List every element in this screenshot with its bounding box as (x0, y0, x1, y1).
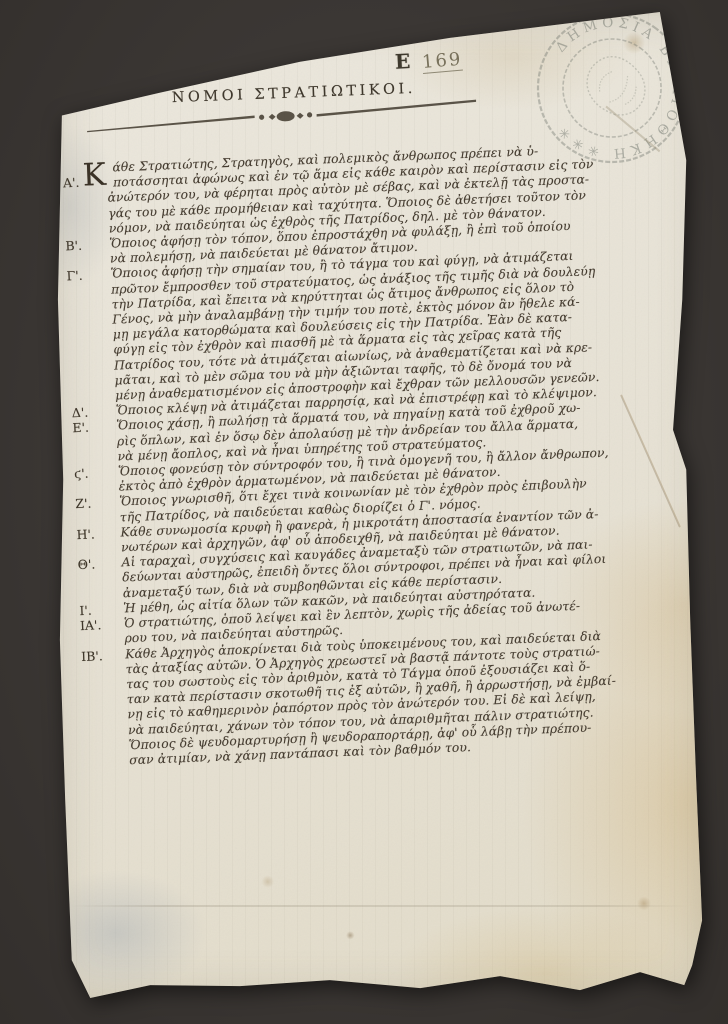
shelfmark-number: 169 (421, 49, 463, 74)
ink-stray-mark (271, 60, 274, 68)
dropcap-letter: Κ (82, 161, 113, 191)
paper-sheet: ΔΗΜΟΣΙΑ ΒΙΒΛΙΟΘΗΚΗ ✳✳✳ Ε169 ΝΟΜΟΙ ΣΤΡΑΤΙ… (50, 8, 710, 1003)
law-body: Ὅποιος ἀφήσῃ τὴν σημαίαν του, ἢ τὸ τάγμα… (110, 246, 669, 404)
printed-text-block: ΝΟΜΟΙ ΣΤΡΑΤΙΩΤΙΚΟΙ. Α'. (58, 72, 684, 771)
law-item: Γ'. Ὅποιος ἀφήσῃ τὴν σημαίαν του, ἢ τὸ τ… (64, 246, 669, 406)
law-number-label: ΙΑ'. (78, 616, 125, 633)
law-number-label: Ζ'. (73, 495, 120, 512)
paper-sheet-wrapper: ΔΗΜΟΣΙΑ ΒΙΒΛΙΟΘΗΚΗ ✳✳✳ Ε169 ΝΟΜΟΙ ΣΤΡΑΤΙ… (50, 8, 710, 1003)
law-item: ΙΒ'. Κάθε Ἀρχηγὸς ἀποκρίνεται διὰ τοὺς ὑ… (79, 626, 683, 771)
law-number-label: Β'. (63, 237, 110, 254)
law-number-label: Δ'. (70, 404, 117, 421)
law-number-label: Η'. (74, 525, 121, 542)
law-number-label: Ε'. (70, 419, 117, 436)
law-number-label: Ι'. (77, 601, 124, 618)
laws-list: Α'. Κάθε Στρατιώτης, Στρατηγὸς, καὶ πολε… (60, 139, 683, 770)
law-number-label: ϛ'. (72, 465, 119, 482)
horizontal-fold-line (70, 905, 690, 907)
law-body: Κάθε Ἀρχηγὸς ἀποκρίνεται διὰ τοὺς ὑποκει… (125, 626, 683, 769)
shelfmark-letter: Ε (394, 49, 410, 74)
law-number-label: Γ'. (64, 267, 111, 284)
law-number-label: ΙΒ'. (79, 647, 126, 664)
photo-background: { "page": { "title": "ΝΟΜΟΙ ΣΤΡΑΤΙΩΤΙΚΟΙ… (0, 0, 728, 1024)
shelfmark: Ε169 (394, 46, 463, 75)
law-number-label: Θ'. (75, 556, 122, 573)
